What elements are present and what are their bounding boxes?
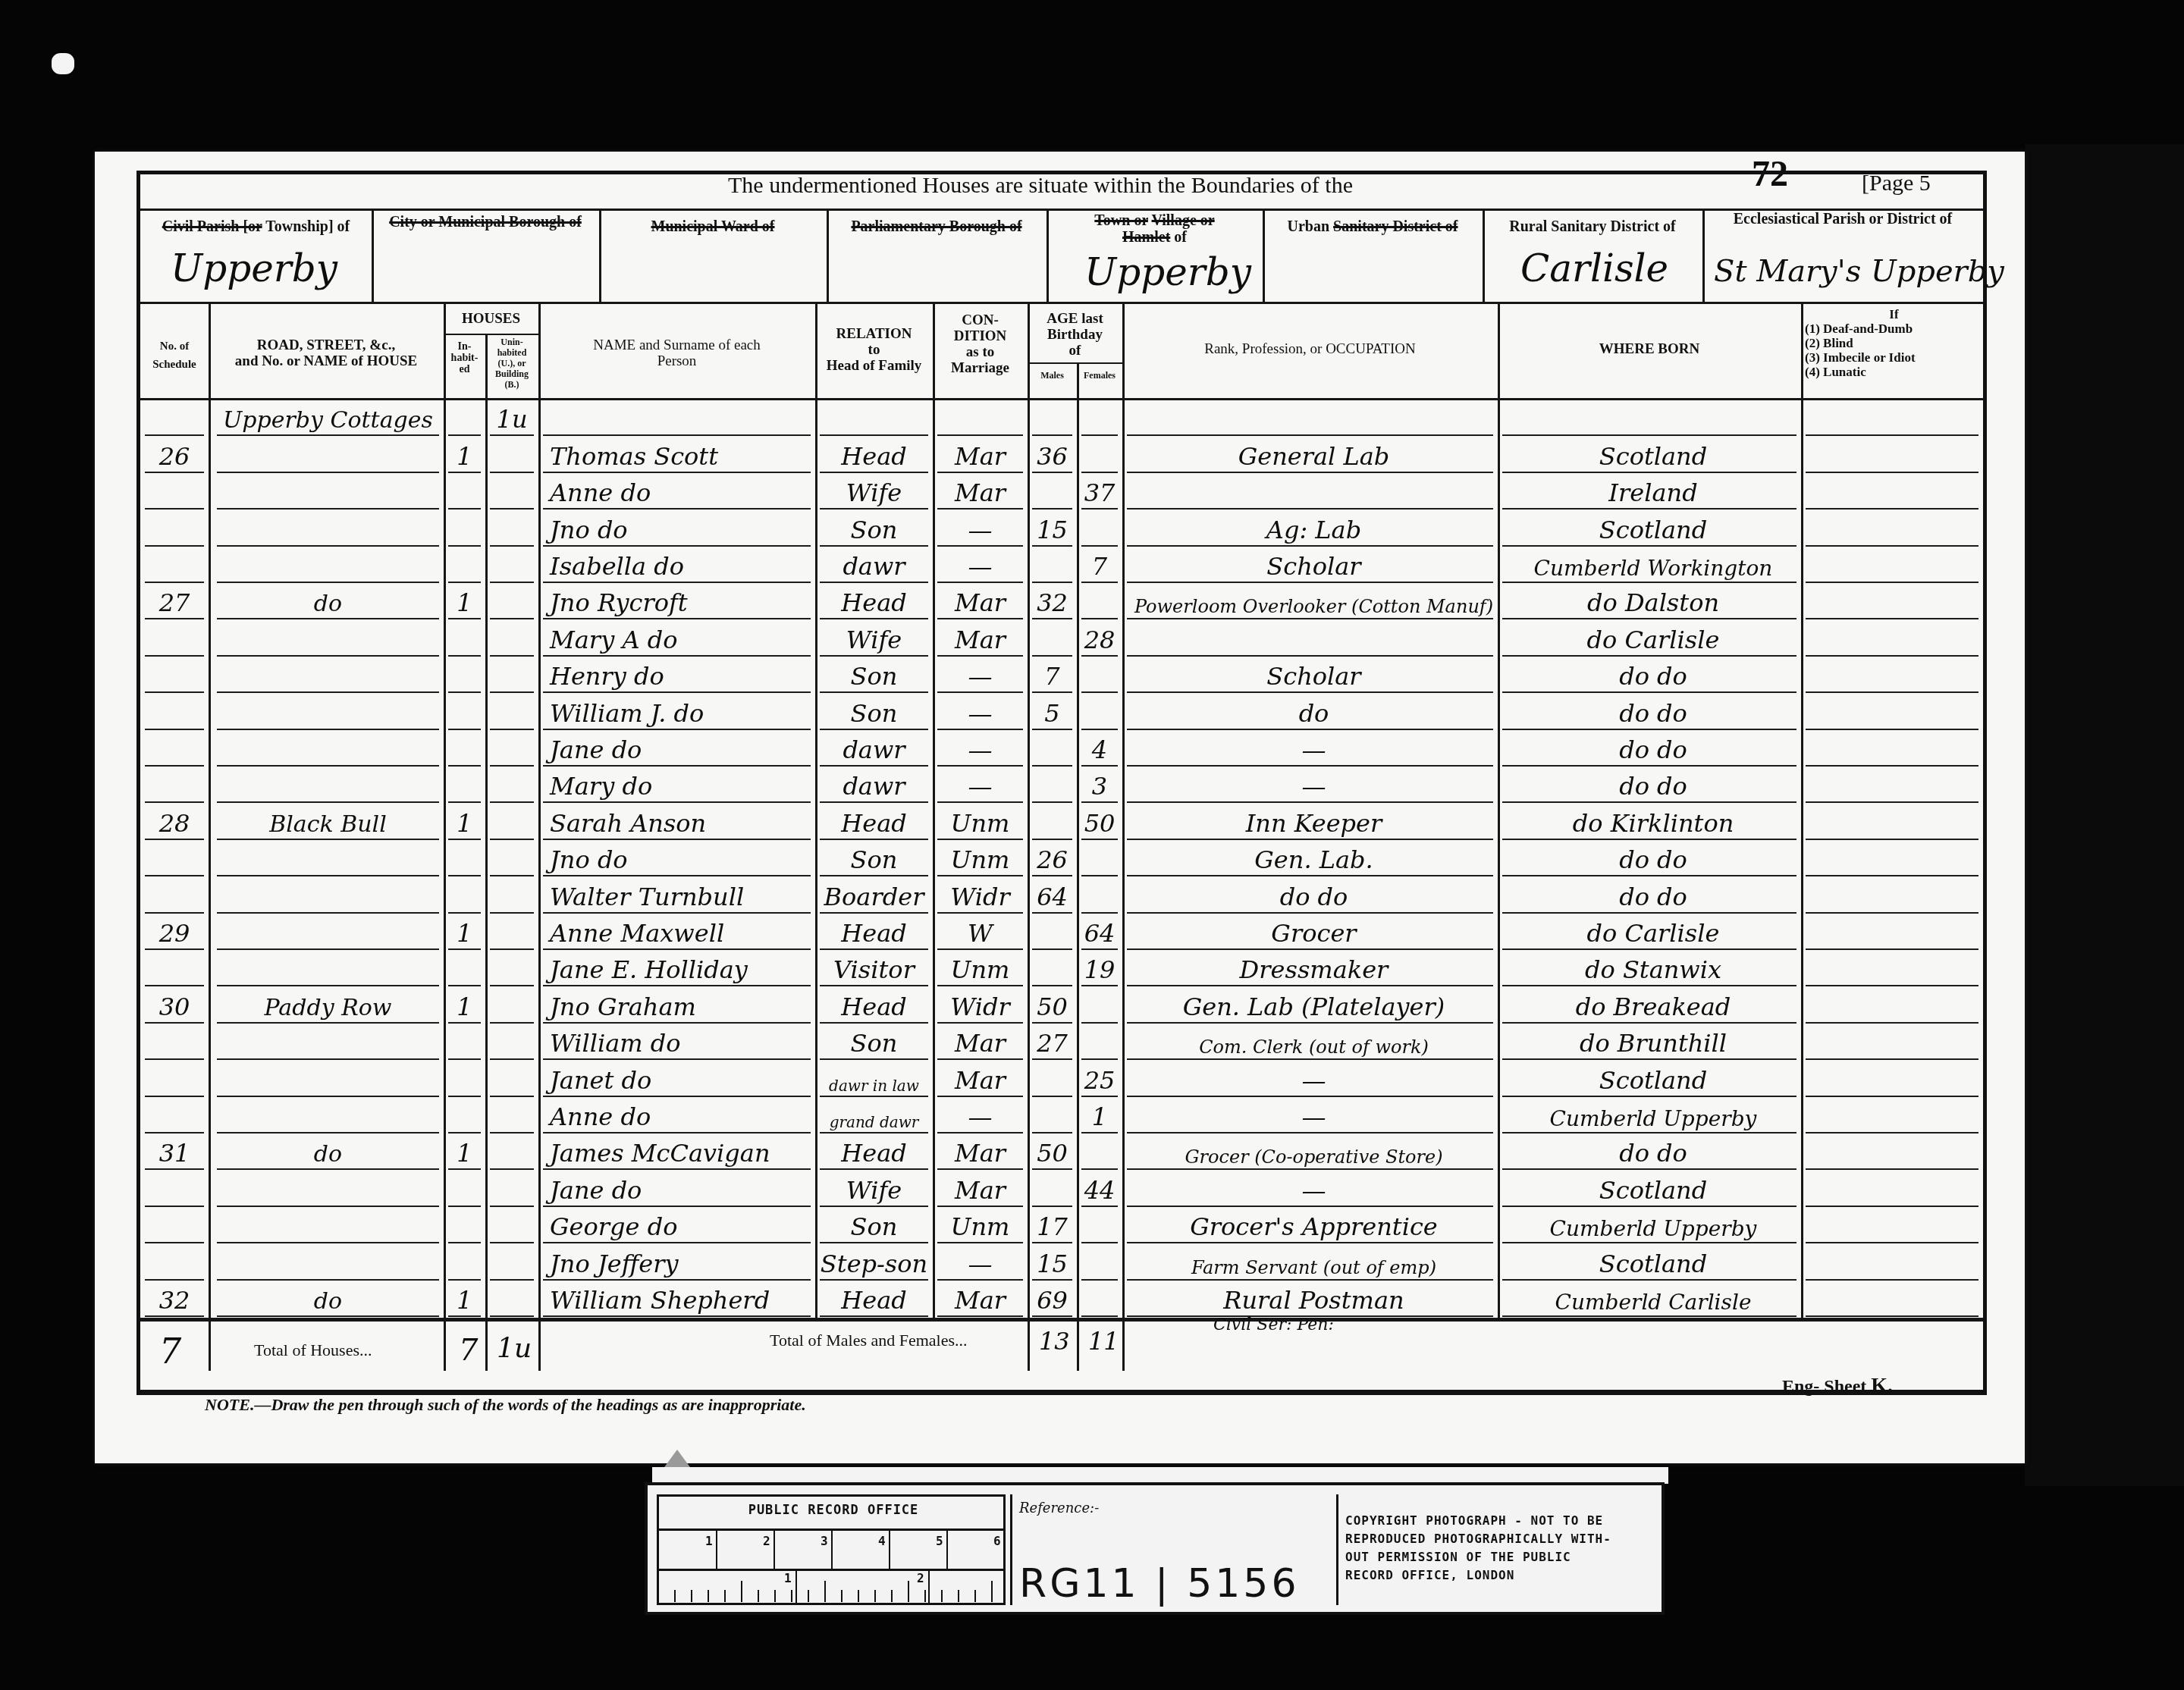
cell-condition [933, 400, 1028, 437]
ruler-bottom: 12 [659, 1571, 1004, 1605]
row-rule [217, 1279, 439, 1281]
row-rule [820, 985, 928, 986]
cell-relation: dawr [815, 547, 933, 584]
cell-occupation: Grocer (Co-operative Store) [1130, 1134, 1498, 1171]
row-rule [217, 765, 439, 767]
cell-male-age: 64 [1028, 877, 1077, 914]
row-rule [490, 655, 534, 657]
district-village-value: Upperby [1084, 250, 1251, 294]
cell-name: James McCavigan [550, 1134, 815, 1171]
cell-road [212, 1244, 444, 1281]
cell-schedule: 26 [140, 437, 209, 473]
cell-occupation: General Lab [1130, 437, 1498, 473]
table-row: 28Black Bull1Sarah AnsonHeadUnm50Inn Kee… [140, 804, 1991, 840]
row-rule [1806, 691, 1978, 693]
cell-female-age: 28 [1077, 620, 1122, 657]
cell-female-age [1077, 510, 1122, 547]
row-rule [1032, 875, 1072, 876]
cell-male-age [1028, 474, 1077, 510]
row-rule [1032, 508, 1072, 510]
cell-condition: Unm [933, 841, 1028, 877]
row-rule [1032, 655, 1072, 657]
row-rule [448, 691, 481, 693]
cell-where-born: do do [1505, 694, 1801, 730]
row-rule [1806, 545, 1978, 547]
row-rule [490, 801, 534, 803]
census-form: Civil Parish [or Township] of Upperby Ci… [136, 171, 1987, 1395]
row-rule [217, 434, 439, 436]
row-rule [820, 765, 928, 767]
cell-relation: Son [815, 694, 933, 730]
row-rule [543, 1058, 811, 1060]
row-rule [1806, 948, 1978, 950]
row-rule [1127, 985, 1493, 986]
row-rule [937, 912, 1023, 914]
row-rule [820, 618, 928, 619]
ruler-tick [716, 1531, 717, 1569]
district-urban-sanitary-label: Urban Sanitary District of [1263, 218, 1483, 235]
row-rule [145, 472, 204, 473]
cell-uninhabited: 1u [485, 400, 538, 437]
row-rule [820, 691, 928, 693]
cell-male-age: 5 [1028, 694, 1077, 730]
district-rural-sanitary-label: Rural Sanitary District of [1483, 218, 1702, 235]
row-rule [1032, 472, 1072, 473]
row-rule [1502, 1279, 1796, 1281]
row-rule [1032, 1242, 1072, 1243]
cell-schedule: 31 [140, 1134, 209, 1171]
cell-schedule [140, 767, 209, 804]
row-rule [543, 765, 811, 767]
row-rule [1032, 1022, 1072, 1024]
cell-relation: Son [815, 657, 933, 694]
row-rule [490, 839, 534, 840]
cell-where-born [1505, 400, 1801, 437]
row-rule [937, 434, 1023, 436]
cell-condition: Mar [933, 437, 1028, 473]
row-rule [1127, 1132, 1493, 1133]
table-row: Janet dodawr in lawMar25—Scotland [140, 1061, 1991, 1097]
cell-where-born: do do [1505, 1134, 1801, 1171]
text: If [1805, 307, 1983, 321]
cell-male-age [1028, 620, 1077, 657]
row-rule [543, 434, 811, 436]
total-schedules: 7 [159, 1331, 181, 1372]
cell-female-age: 25 [1077, 1061, 1122, 1097]
cell-relation: dawr in law [815, 1061, 933, 1097]
cell-female-age: 4 [1077, 731, 1122, 767]
row-rule [217, 729, 439, 730]
row-rule [1806, 1022, 1978, 1024]
text: Building [485, 368, 538, 379]
cell-female-age [1077, 694, 1122, 730]
cell-name: Jno do [550, 510, 815, 547]
cell-relation: dawr [815, 767, 933, 804]
cell-name: Jno Rycroft [550, 584, 815, 620]
text: ROAD, STREET, &c., [209, 337, 444, 353]
ruler-tick [974, 1590, 976, 1602]
text: Head of Family [815, 358, 933, 374]
text: Eng- Sheet [1782, 1377, 1866, 1397]
table-row: 31do1James McCaviganHeadMar50Grocer (Co-… [140, 1134, 1991, 1171]
col-header-schedule: No. of Schedule [140, 337, 209, 374]
cell-where-born: Cumberld Upperby [1505, 1098, 1801, 1134]
row-rule [217, 1022, 439, 1024]
cell-female-age: 50 [1077, 804, 1122, 840]
cell-name [550, 400, 815, 437]
cell-schedule [140, 510, 209, 547]
ruler-tick [891, 1590, 893, 1602]
total-inhabited: 7 [459, 1333, 478, 1368]
cell-road [212, 620, 444, 657]
row-rule [490, 618, 534, 619]
cell-schedule [140, 547, 209, 584]
row-rule [1032, 729, 1072, 730]
row-rule [543, 655, 811, 657]
row-rule [1081, 1132, 1118, 1133]
cell-schedule [140, 877, 209, 914]
cell-inhabited [444, 877, 485, 914]
row-rule [490, 545, 534, 547]
cell-relation: Wife [815, 1171, 933, 1207]
row-rule [145, 1242, 204, 1243]
col-header-inhabited: In- habit- ed [444, 341, 485, 375]
text: AGE last [1028, 311, 1122, 327]
cell-female-age [1077, 1024, 1122, 1061]
cell-female-age: 7 [1077, 547, 1122, 584]
row-rule [448, 1242, 481, 1243]
cell-name: Anne Maxwell [550, 914, 815, 951]
reference-label: Reference:- [1019, 1500, 1099, 1516]
row-rule [543, 618, 811, 619]
row-rule [217, 472, 439, 473]
ruler-number: 4 [878, 1534, 886, 1548]
table-row: Jno doSon—15Ag: LabScotland [140, 510, 1991, 547]
cell-where-born: Scotland [1505, 1061, 1801, 1097]
cell-uninhabited [485, 474, 538, 510]
row-rule [543, 1022, 811, 1024]
row-rule [937, 765, 1023, 767]
cell-female-age [1077, 584, 1122, 620]
row-rule [1127, 691, 1493, 693]
text: habited [485, 347, 538, 358]
ruler-tick [928, 1571, 930, 1605]
cell-uninhabited [485, 841, 538, 877]
row-rule [1502, 912, 1796, 914]
table-row: Henry doSon—7Scholardo do [140, 657, 1991, 694]
cell-condition: Unm [933, 951, 1028, 987]
row-rule [145, 801, 204, 803]
row-rule [448, 985, 481, 986]
row-rule [490, 948, 534, 950]
text: (4) Lunatic [1805, 365, 1983, 379]
row-rule [217, 912, 439, 914]
cell-condition: Mar [933, 1171, 1028, 1207]
row-rule [543, 508, 811, 510]
text: COPYRIGHT PHOTOGRAPH - NOT TO BE [1345, 1512, 1611, 1530]
cell-name: Sarah Anson [550, 804, 815, 840]
text: ed [444, 364, 485, 375]
cell-occupation [1130, 620, 1498, 657]
row-rule [1127, 508, 1493, 510]
row-rule [1502, 1315, 1796, 1317]
table-row: 291Anne MaxwellHeadW64Grocerdo Carlisle [140, 914, 1991, 951]
cell-road [212, 437, 444, 473]
cell-female-age [1077, 877, 1122, 914]
row-rule [1502, 839, 1796, 840]
text: Person [538, 353, 815, 369]
row-rule [1032, 582, 1072, 583]
table-row: Mary A doWifeMar28do Carlisle [140, 620, 1991, 657]
table-row: Jno JefferyStep-son—15Farm Servant (out … [140, 1244, 1991, 1281]
row-rule [1127, 545, 1493, 547]
cell-road [212, 731, 444, 767]
row-rule [448, 1058, 481, 1060]
row-rule [820, 912, 928, 914]
cell-occupation: — [1130, 1061, 1498, 1097]
cell-uninhabited [485, 914, 538, 951]
row-rule [1806, 582, 1978, 583]
row-rule [1806, 618, 1978, 619]
cell-male-age: 15 [1028, 510, 1077, 547]
cell-male-age: 69 [1028, 1281, 1077, 1318]
cell-female-age [1077, 437, 1122, 473]
rule [140, 302, 1983, 304]
row-rule [543, 1315, 811, 1317]
ruler-number: 1 [784, 1571, 792, 1585]
cell-uninhabited [485, 804, 538, 840]
row-rule [1127, 1206, 1493, 1207]
row-rule [490, 1096, 534, 1097]
cell-occupation: Gen. Lab (Platelayer) [1130, 987, 1498, 1024]
row-rule [820, 1132, 928, 1133]
stamp-margin [652, 1467, 1668, 1484]
cell-uninhabited [485, 1171, 538, 1207]
label: Township] of [265, 218, 350, 235]
row-rule [217, 985, 439, 986]
row-rule [1032, 1206, 1072, 1207]
row-rule [1806, 1168, 1978, 1170]
row-rule [1127, 655, 1493, 657]
row-rule [1081, 765, 1118, 767]
row-rule [1127, 472, 1493, 473]
table-row: Jane dodawr—4—do do [140, 731, 1991, 767]
row-rule [217, 1242, 439, 1243]
row-rule [1032, 765, 1072, 767]
cell-occupation: Com. Clerk (out of work) [1130, 1024, 1498, 1061]
row-rule [543, 1242, 811, 1243]
row-rule [820, 1242, 928, 1243]
cell-relation: Son [815, 841, 933, 877]
cell-female-age: 44 [1077, 1171, 1122, 1207]
row-rule [217, 839, 439, 840]
struck-label: Sanitary District of [1333, 218, 1458, 235]
cell-relation: Wife [815, 474, 933, 510]
row-rule [1127, 1168, 1493, 1170]
cell-condition: — [933, 767, 1028, 804]
row-rule [448, 1132, 481, 1133]
row-rule [1502, 1096, 1796, 1097]
ruler-number: 2 [763, 1534, 770, 1548]
row-rule [1032, 985, 1072, 986]
copyright-notice: COPYRIGHT PHOTOGRAPH - NOT TO BE REPRODU… [1345, 1512, 1611, 1585]
row-rule [217, 508, 439, 510]
row-rule [1806, 1132, 1978, 1133]
text: (B.) [485, 379, 538, 390]
row-rule [217, 1096, 439, 1097]
cell-name: Mary do [550, 767, 815, 804]
cell-schedule: 29 [140, 914, 209, 951]
row-rule [1081, 1279, 1118, 1281]
row-rule [217, 691, 439, 693]
row-rule [820, 655, 928, 657]
ruler-tick [791, 1590, 792, 1602]
ruler-tick [946, 1531, 948, 1569]
row-rule [145, 1279, 204, 1281]
cell-condition: Mar [933, 1281, 1028, 1318]
row-rule [937, 1242, 1023, 1243]
cell-name: Jane do [550, 1171, 815, 1207]
rule [140, 1318, 1983, 1322]
cell-relation: Head [815, 584, 933, 620]
row-rule [937, 985, 1023, 986]
row-rule [820, 1206, 928, 1207]
row-rule [1127, 765, 1493, 767]
cell-schedule [140, 731, 209, 767]
ruler-tick [958, 1590, 959, 1602]
cell-relation [815, 400, 933, 437]
cell-inhabited: 1 [444, 1281, 485, 1318]
text: Birthday [1028, 327, 1122, 343]
cell-relation: Head [815, 1134, 933, 1171]
district-ecclesiastical-value: St Mary's Upperby [1714, 254, 2004, 289]
cell-inhabited [444, 731, 485, 767]
cell-name: Henry do [550, 657, 815, 694]
row-rule [217, 1168, 439, 1170]
cell-where-born: do Kirklinton [1505, 804, 1801, 840]
row-rule [490, 1206, 534, 1207]
cell-where-born: Ireland [1505, 474, 1801, 510]
cell-name: Janet do [550, 1061, 815, 1097]
row-rule [490, 508, 534, 510]
cell-relation: Son [815, 1024, 933, 1061]
row-rule [543, 801, 811, 803]
cell-relation: Son [815, 1208, 933, 1244]
district-parliamentary-borough-label: Parliamentary Borough of [827, 218, 1046, 235]
row-rule [1806, 1315, 1978, 1317]
row-rule [448, 729, 481, 730]
row-rule [937, 1058, 1023, 1060]
cell-condition: — [933, 510, 1028, 547]
cell-schedule: 28 [140, 804, 209, 840]
cell-uninhabited [485, 1134, 538, 1171]
row-rule [145, 582, 204, 583]
cell-uninhabited [485, 731, 538, 767]
row-rule [820, 1058, 928, 1060]
cell-schedule: 30 [140, 987, 209, 1024]
row-rule [1032, 1279, 1072, 1281]
cell-road [212, 914, 444, 951]
row-rule [1806, 801, 1978, 803]
row-rule [1032, 912, 1072, 914]
ruler-tick [858, 1590, 859, 1602]
row-rule [490, 1279, 534, 1281]
ruler-tick [774, 1590, 776, 1602]
cell-road [212, 1061, 444, 1097]
row-rule [1806, 1242, 1978, 1243]
row-rule [1502, 655, 1796, 657]
row-rule [1081, 948, 1118, 950]
district-ecclesiastical-label: Ecclesiastical Parish or District of [1702, 211, 1983, 227]
cell-road [212, 841, 444, 877]
cell-male-age: 26 [1028, 841, 1077, 877]
cell-inhabited [444, 400, 485, 437]
cell-relation: dawr [815, 731, 933, 767]
rule [1028, 362, 1122, 364]
cell-male-age: 15 [1028, 1244, 1077, 1281]
row-rule [490, 1242, 534, 1243]
row-rule [1127, 618, 1493, 619]
cell-name: Isabella do [550, 547, 815, 584]
row-rule [1806, 1096, 1978, 1097]
cell-road: do [212, 1281, 444, 1318]
row-rule [1502, 582, 1796, 583]
scan-edge [2025, 144, 2184, 1486]
row-rule [937, 948, 1023, 950]
cell-male-age [1028, 951, 1077, 987]
row-rule [543, 545, 811, 547]
cell-inhabited [444, 657, 485, 694]
cell-inhabited: 1 [444, 914, 485, 951]
table-row: William doSonMar27Com. Clerk (out of wor… [140, 1024, 1991, 1061]
row-rule [1127, 582, 1493, 583]
cell-condition: Mar [933, 474, 1028, 510]
col-header-age: AGE last Birthday of [1028, 311, 1122, 359]
cell-inhabited [444, 547, 485, 584]
ruler-tick [1004, 1531, 1006, 1569]
ruler-tick [991, 1581, 993, 1602]
row-rule [1806, 1206, 1978, 1207]
row-rule [1081, 985, 1118, 986]
cell-male-age: 7 [1028, 657, 1077, 694]
cell-uninhabited [485, 584, 538, 620]
cell-schedule [140, 1208, 209, 1244]
row-rule [448, 582, 481, 583]
cell-name: Anne do [550, 474, 815, 510]
row-rule [490, 765, 534, 767]
cell-female-age: 37 [1077, 474, 1122, 510]
row-rule [820, 1315, 928, 1317]
cell-where-born: do do [1505, 877, 1801, 914]
cell-uninhabited [485, 437, 538, 473]
row-rule [1081, 912, 1118, 914]
text: (2) Blind [1805, 336, 1983, 350]
cell-male-age: 50 [1028, 987, 1077, 1024]
cell-female-age: 1 [1077, 1098, 1122, 1134]
row-rule [1127, 1279, 1493, 1281]
row-rule [1502, 1242, 1796, 1243]
row-rule [543, 1168, 811, 1170]
row-rule [217, 1058, 439, 1060]
cell-where-born: do Brunthill [1505, 1024, 1801, 1061]
row-rule [145, 765, 204, 767]
cell-inhabited [444, 510, 485, 547]
cell-where-born: do do [1505, 841, 1801, 877]
cell-schedule [140, 620, 209, 657]
table-row: Jno doSonUnm26Gen. Lab.do do [140, 841, 1991, 877]
row-rule [448, 839, 481, 840]
row-rule [543, 1132, 811, 1133]
